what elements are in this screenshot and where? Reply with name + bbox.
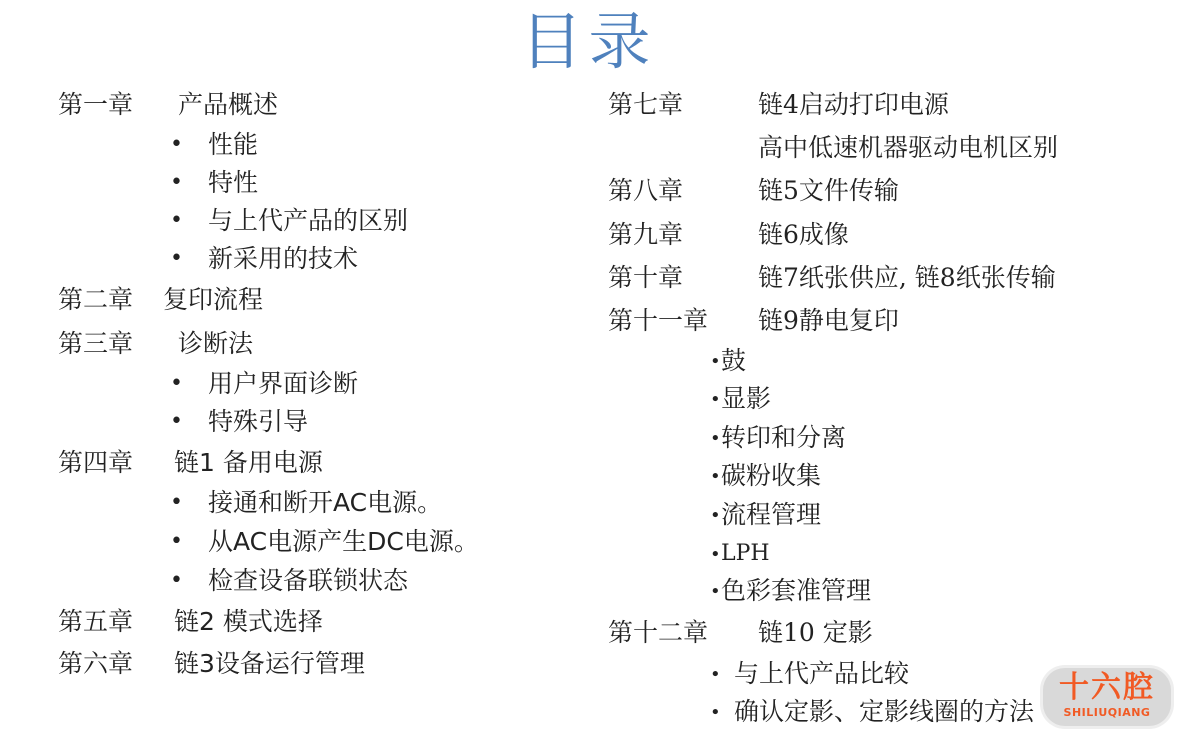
item-text: 碳粉收集 [721,459,821,493]
chapter-title: 链9静电复印 [758,304,899,338]
item-text: 流程管理 [721,498,821,532]
item-text: 新采用的技术 [208,242,358,276]
bullet-icon: • [170,486,183,520]
bullet-icon: • [170,405,183,439]
item-text: 转印和分离 [721,421,846,455]
item-text: 色彩套准管理 [721,574,871,608]
page-title: 目录 [0,2,1177,82]
bullet-icon: • [710,383,721,417]
chapter-title: 链1 备用电源 [174,446,323,480]
chapter-title: 诊断法 [178,327,253,361]
bullet-icon: • [710,575,721,609]
bullet-icon: • [170,367,183,401]
bullet-icon: • [170,204,183,238]
chapter-title: 链4启动打印电源 [758,88,949,122]
chapter-title: 产品概述 [178,88,278,122]
chapter-label: 第六章 [58,647,133,681]
bullet-icon: • [710,499,721,533]
chapter-label: 第四章 [58,446,133,480]
chapter-title: 链10 定影 [758,616,873,650]
item-text: 用户界面诊断 [208,367,358,401]
chapter-label: 第十一章 [608,304,708,338]
item-text: 特殊引导 [208,405,308,439]
item-text: 性能 [208,128,258,162]
chapter-subtitle: 高中低速机器驱动电机区别 [758,131,1058,165]
item-text: 显影 [721,382,771,416]
bullet-icon: • [170,166,183,200]
item-text: 鼓 [721,344,746,378]
chapter-title: 链2 模式选择 [174,605,323,639]
watermark-text-en: SHILIUQIANG [1043,706,1171,719]
chapter-label: 第七章 [608,88,683,122]
chapter-label: 第一章 [58,88,133,122]
item-text: 与上代产品的区别 [208,204,408,238]
chapter-title: 链7纸张供应, 链8纸张传输 [758,261,1056,295]
chapter-label: 第三章 [58,327,133,361]
bullet-icon: • [170,242,183,276]
watermark-logo: 十六腔 SHILIUQIANG [1043,668,1171,726]
bullet-icon: • [170,564,183,598]
watermark-text-cn: 十六腔 [1043,670,1171,706]
chapter-title: 复印流程 [163,283,263,317]
chapter-label: 第八章 [608,174,683,208]
chapter-label: 第五章 [58,605,133,639]
bullet-icon: • [710,696,721,730]
bullet-icon: • [170,128,183,162]
bullet-icon: • [170,525,183,559]
chapter-title: 链3设备运行管理 [174,647,365,681]
item-text: LPH [721,537,770,571]
chapter-label: 第十二章 [608,616,708,650]
item-text: 从AC电源产生DC电源。 [208,525,479,559]
chapter-title: 链5文件传输 [758,174,899,208]
chapter-label: 第十章 [608,261,683,295]
bullet-icon: • [710,460,721,494]
chapter-label: 第二章 [58,283,133,317]
bullet-icon: • [710,422,721,456]
bullet-icon: • [710,538,721,572]
bullet-icon: • [710,658,721,692]
item-text: 接通和断开AC电源。 [208,486,442,520]
item-text: 特性 [208,166,258,200]
item-text: 与上代产品比较 [734,657,909,691]
item-text: 确认定影、定影线圈的方法 [734,695,1034,729]
chapter-title: 链6成像 [758,218,849,252]
bullet-icon: • [710,345,721,379]
chapter-label: 第九章 [608,218,683,252]
item-text: 检查设备联锁状态 [208,564,408,598]
